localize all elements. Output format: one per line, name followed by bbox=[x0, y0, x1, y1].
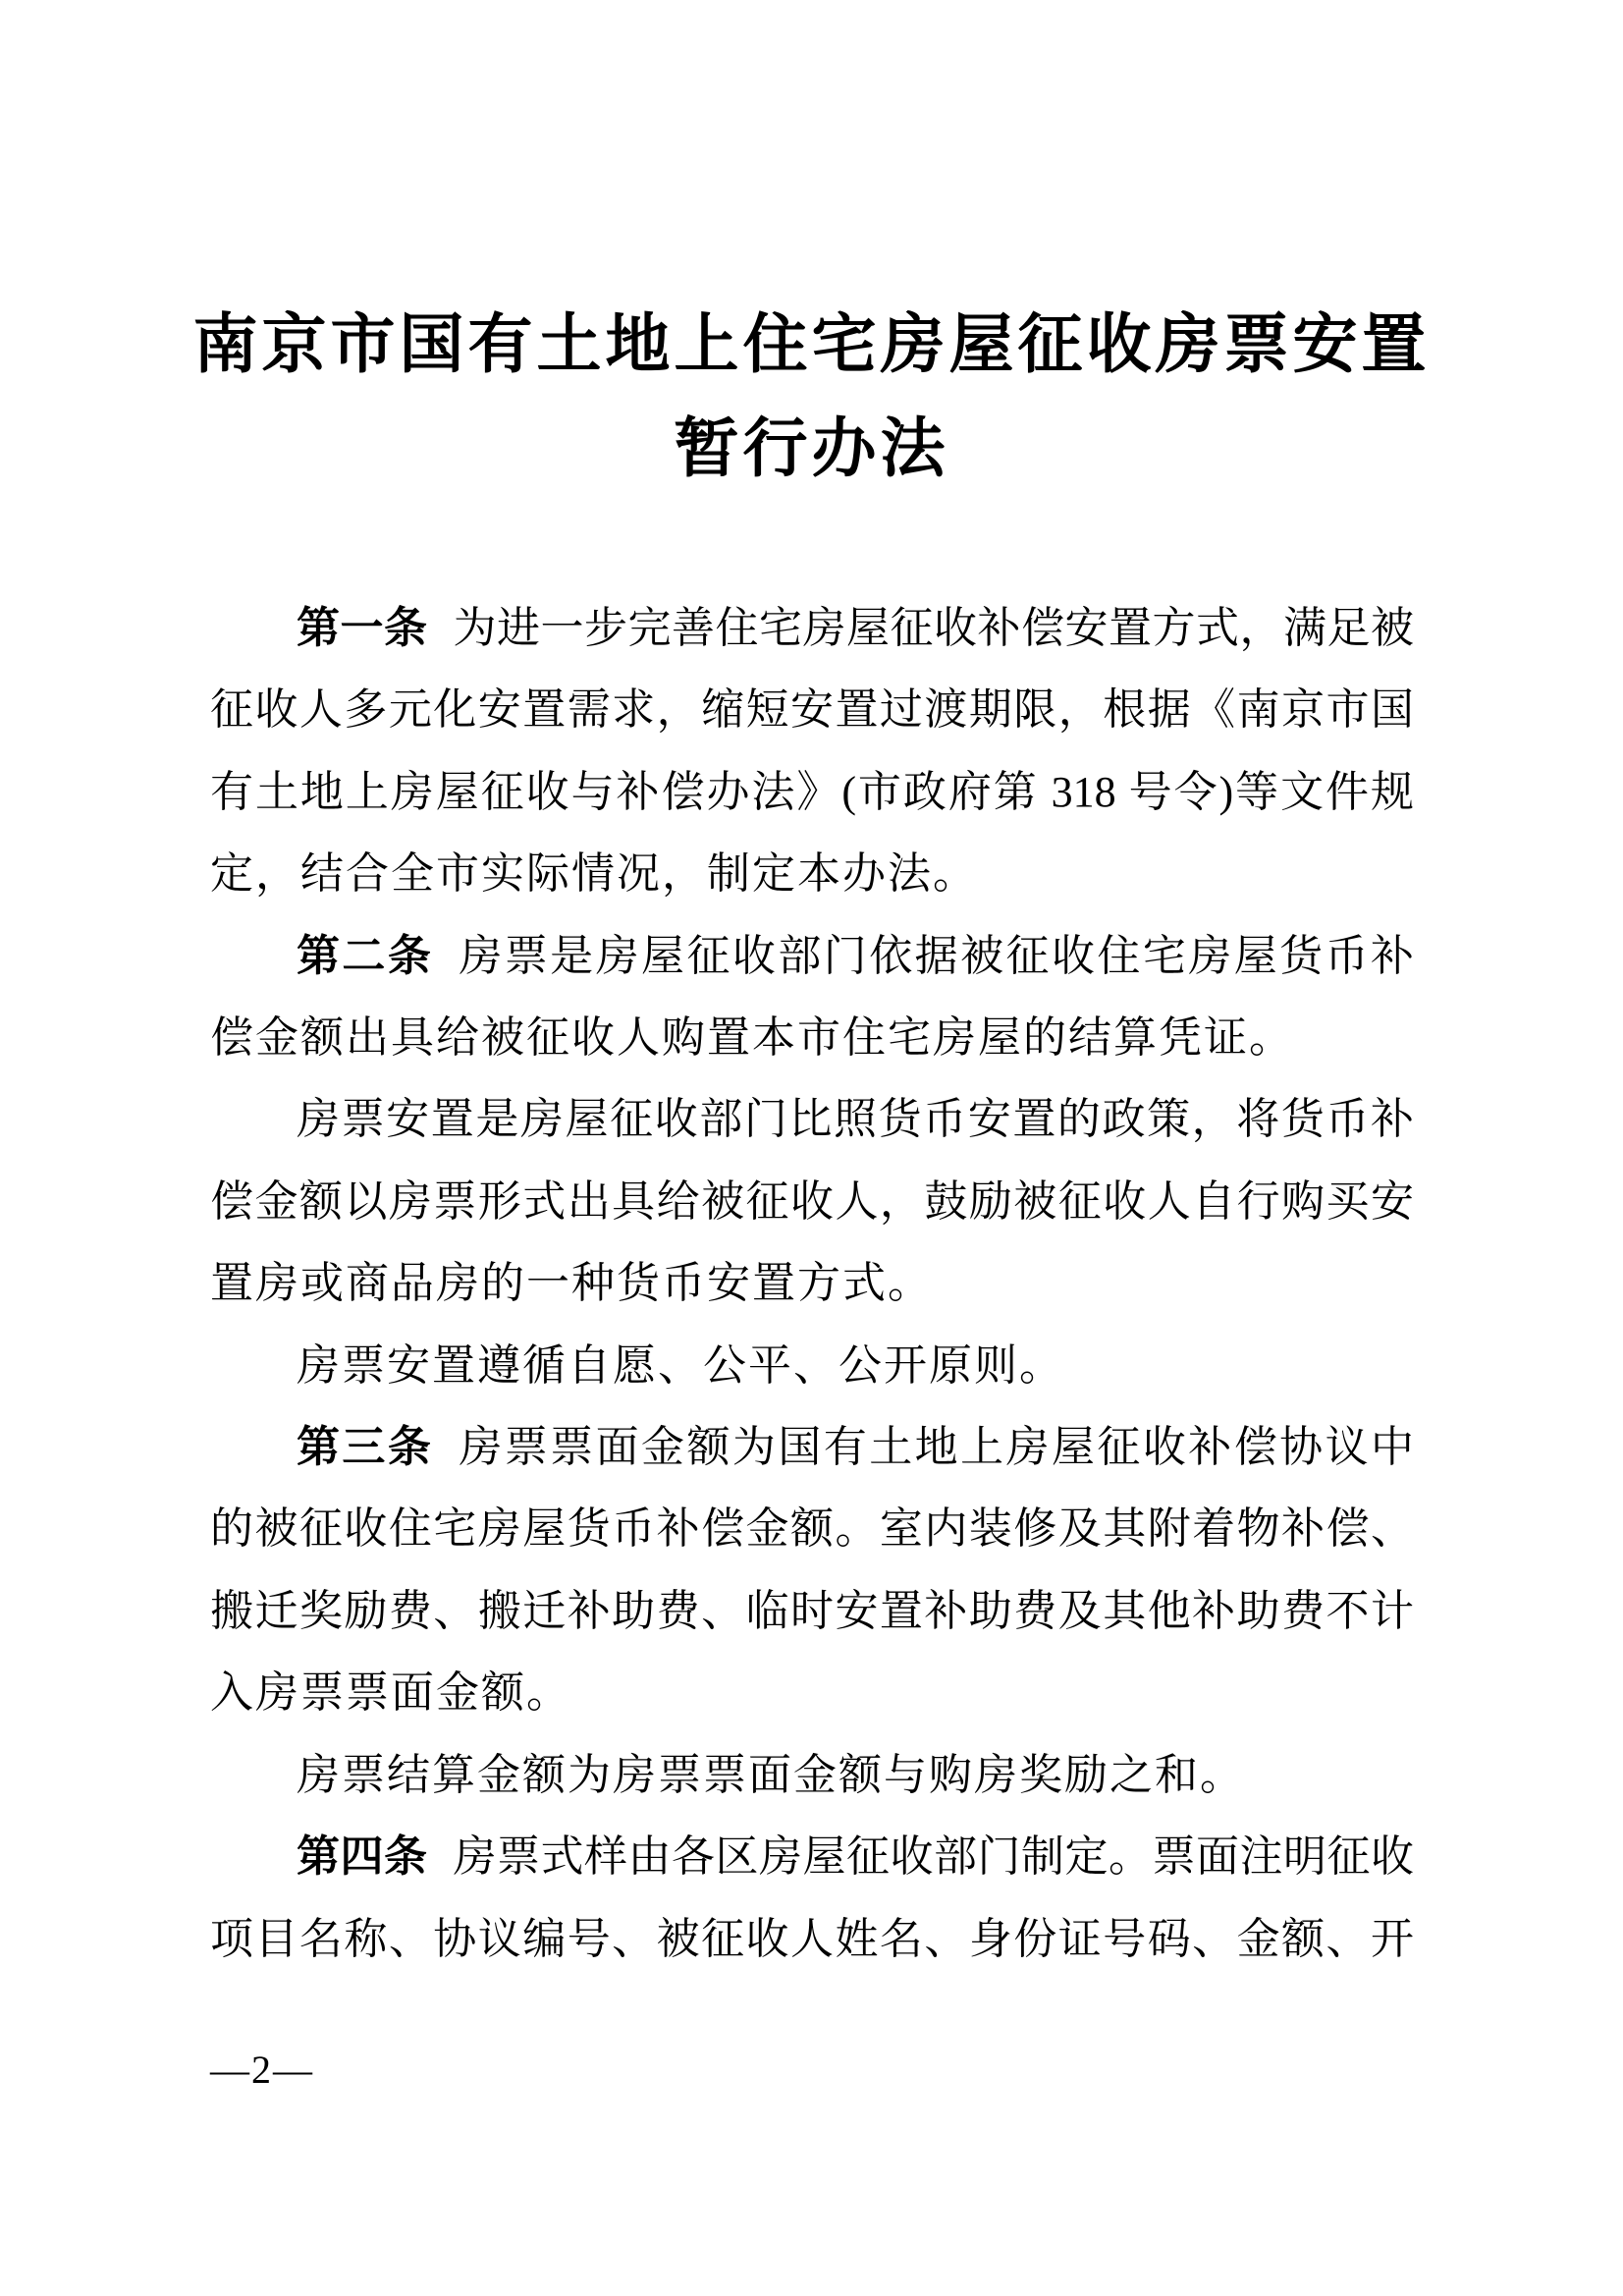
body-line: 搬迁奖励费、搬迁补助费、临时安置补助费及其他补助费不计 bbox=[210, 1570, 1414, 1652]
article-number-label: 第一条 bbox=[297, 604, 428, 652]
body-line: 征收人多元化安置需求，缩短安置过渡期限，根据《南京市国 bbox=[210, 669, 1414, 750]
page-number: —2— bbox=[210, 2048, 314, 2093]
paragraph: 房票安置是房屋征收部门比照货币安置的政策，将货币补偿金额以房票形式出具给被征收人… bbox=[210, 1078, 1414, 1324]
paragraph: 第四条房票式样由各区房屋征收部门制定。票面注明征收项目名称、协议编号、被征收人姓… bbox=[210, 1816, 1414, 1980]
document-page: 南京市国有土地上住宅房屋征收房票安置 暂行办法 第一条为进一步完善住宅房屋征收补… bbox=[0, 0, 1623, 2296]
body-line: 的被征收住宅房屋货币补偿金额。室内装修及其附着物补偿、 bbox=[210, 1488, 1414, 1569]
body-line: 第四条房票式样由各区房屋征收部门制定。票面注明征收 bbox=[210, 1816, 1414, 1897]
article-number-label: 第四条 bbox=[297, 1832, 428, 1881]
body-line: 偿金额出具给被征收人购置本市住宅房屋的结算凭证。 bbox=[210, 997, 1414, 1078]
paragraph: 第二条房票是房屋征收部门依据被征收住宅房屋货币补偿金额出具给被征收人购置本市住宅… bbox=[210, 915, 1414, 1079]
body-line: 偿金额以房票形式出具给被征收人，鼓励被征收人自行购买安 bbox=[210, 1161, 1414, 1242]
article-number-label: 第二条 bbox=[297, 932, 433, 980]
body-line: 有土地上房屋征收与补偿办法》(市政府第 318 号令)等文件规 bbox=[210, 751, 1414, 833]
paragraph: 第一条为进一步完善住宅房屋征收补偿安置方式，满足被征收人多元化安置需求，缩短安置… bbox=[210, 587, 1414, 915]
document-body: 第一条为进一步完善住宅房屋征收补偿安置方式，满足被征收人多元化安置需求，缩短安置… bbox=[210, 587, 1414, 1980]
document-title-line-1: 南京市国有土地上住宅房屋征收房票安置 bbox=[0, 294, 1623, 398]
body-line: 入房票票面金额。 bbox=[210, 1652, 1414, 1733]
body-line: 第一条为进一步完善住宅房屋征收补偿安置方式，满足被 bbox=[210, 587, 1414, 669]
body-line: 房票结算金额为房票票面金额与购房奖励之和。 bbox=[210, 1734, 1414, 1816]
body-line: 房票安置是房屋征收部门比照货币安置的政策，将货币补 bbox=[210, 1078, 1414, 1160]
body-line: 第三条房票票面金额为国有土地上房屋征收补偿协议中 bbox=[210, 1406, 1414, 1488]
paragraph: 房票安置遵循自愿、公平、公开原则。 bbox=[210, 1325, 1414, 1406]
body-line: 置房或商品房的一种货币安置方式。 bbox=[210, 1242, 1414, 1324]
body-line: 定，结合全市实际情况，制定本办法。 bbox=[210, 833, 1414, 914]
body-line: 项目名称、协议编号、被征收人姓名、身份证号码、金额、开 bbox=[210, 1898, 1414, 1980]
body-line: 房票安置遵循自愿、公平、公开原则。 bbox=[210, 1325, 1414, 1406]
article-number-label: 第三条 bbox=[297, 1423, 433, 1471]
paragraph: 第三条房票票面金额为国有土地上房屋征收补偿协议中的被征收住宅房屋货币补偿金额。室… bbox=[210, 1406, 1414, 1734]
paragraph: 房票结算金额为房票票面金额与购房奖励之和。 bbox=[210, 1734, 1414, 1816]
body-line: 第二条房票是房屋征收部门依据被征收住宅房屋货币补 bbox=[210, 915, 1414, 997]
document-title-line-2: 暂行办法 bbox=[0, 398, 1623, 502]
document-title: 南京市国有土地上住宅房屋征收房票安置 暂行办法 bbox=[0, 294, 1623, 502]
